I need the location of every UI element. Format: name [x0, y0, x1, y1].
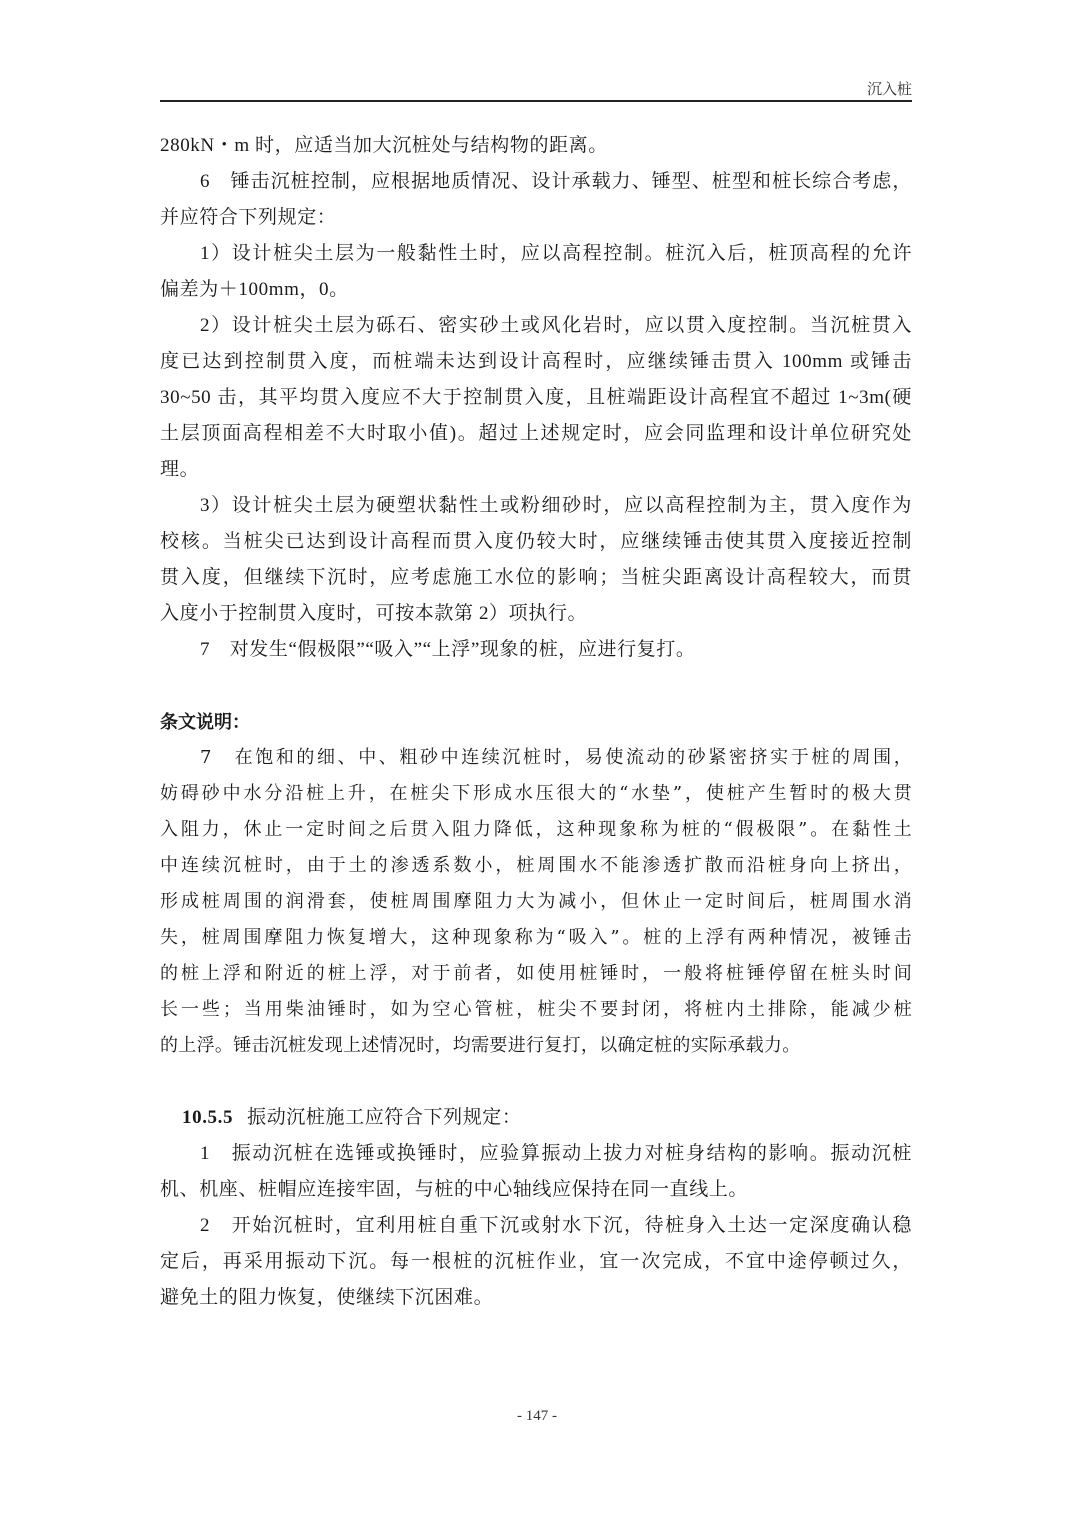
- text-line: 1）设计桩尖土层为一般黏性土时，应以高程控制。桩沉入后，桩顶高程的允许: [160, 236, 912, 272]
- text-line: 形成桩周围的润滑套，使桩周围摩阻力大为减小，但休止一定时间后，桩周围水消: [160, 884, 912, 920]
- text-line: 2 开始沉桩时，宜利用桩自重下沉或射水下沉，待桩身入土达一定深度确认稳: [160, 1208, 912, 1244]
- text-line: 6 锤击沉桩控制，应根据地质情况、设计承载力、锤型、桩型和桩长综合考虑，: [160, 164, 912, 200]
- text-line: 偏差为＋100mm，0。: [160, 272, 912, 308]
- text-line: 的上浮。锤击沉桩发现上述情况时，均需要进行复打，以确定桩的实际承载力。: [160, 1028, 912, 1064]
- page-body: 280kN・m 时，应适当加大沉桩处与结构物的距离。 6 锤击沉桩控制，应根据地…: [160, 128, 912, 1316]
- spacer: [160, 668, 912, 704]
- text-line: 280kN・m 时，应适当加大沉桩处与结构物的距离。: [160, 128, 912, 164]
- running-title: 沉入桩: [867, 78, 912, 99]
- page-number: - 147 -: [0, 1408, 1074, 1425]
- text-line: 30~50 击，其平均贯入度应不大于控制贯入度，且桩端距设计高程宜不超过 1~3…: [160, 380, 912, 416]
- text-line: 妨碍砂中水分沿桩上升，在桩尖下形成水压很大的“水垫”，使桩产生暂时的极大贯: [160, 776, 912, 812]
- clause-heading: 10.5.5振动沉桩施工应符合下列规定：: [160, 1100, 912, 1136]
- text-line: 校核。当桩尖已达到设计高程而贯入度仍较大时，应继续锤击使其贯入度接近控制: [160, 524, 912, 560]
- clause-10-5-5: 10.5.5振动沉桩施工应符合下列规定： 1 振动沉桩在选锤或换锤时，应验算振动…: [160, 1100, 912, 1316]
- text-line: 长一些；当用柴油锤时，如为空心管桩，桩尖不要封闭，将桩内土排除，能减少桩: [160, 992, 912, 1028]
- main-clauses: 280kN・m 时，应适当加大沉桩处与结构物的距离。 6 锤击沉桩控制，应根据地…: [160, 128, 912, 668]
- clause-commentary: 条文说明： 7 在饱和的细、中、粗砂中连续沉桩时，易使流动的砂紧密挤实于桩的周围…: [160, 704, 912, 1064]
- clause-heading-text: 振动沉桩施工应符合下列规定：: [247, 1107, 521, 1128]
- text-line: 定后，再采用振动下沉。每一根桩的沉桩作业，宜一次完成，不宜中途停顿过久，: [160, 1244, 912, 1280]
- text-line: 中连续沉桩时，由于土的渗透系数小，桩周围水不能渗透扩散而沿桩身向上挤出，: [160, 848, 912, 884]
- text-line: 入阻力，休止一定时间之后贯入阻力降低，这种现象称为桩的“假极限”。在黏性土: [160, 812, 912, 848]
- text-line: 2）设计桩尖土层为砾石、密实砂土或风化岩时，应以贯入度控制。当沉桩贯入: [160, 308, 912, 344]
- text-line: 3）设计桩尖土层为硬塑状黏性土或粉细砂时，应以高程控制为主，贯入度作为: [160, 488, 912, 524]
- clause-number: 10.5.5: [182, 1107, 233, 1128]
- page-header: 沉入桩: [160, 70, 912, 102]
- spacer: [160, 1064, 912, 1100]
- text-line: 1 振动沉桩在选锤或换锤时，应验算振动上拔力对桩身结构的影响。振动沉桩: [160, 1136, 912, 1172]
- text-line: 土层顶面高程相差不大时取小值)。超过上述规定时，应会同监理和设计单位研究处: [160, 416, 912, 452]
- text-line: 并应符合下列规定：: [160, 200, 912, 236]
- text-line: 失，桩周围摩阻力恢复增大，这种现象称为“吸入”。桩的上浮有两种情况，被锤击: [160, 920, 912, 956]
- text-line: 度已达到控制贯入度，而桩端未达到设计高程时，应继续锤击贯入 100mm 或锤击: [160, 344, 912, 380]
- text-line: 7 在饱和的细、中、粗砂中连续沉桩时，易使流动的砂紧密挤实于桩的周围，: [160, 740, 912, 776]
- text-line: 机、机座、桩帽应连接牢固，与桩的中心轴线应保持在同一直线上。: [160, 1172, 912, 1208]
- commentary-title: 条文说明：: [160, 704, 912, 740]
- text-line: 理。: [160, 452, 912, 488]
- text-line: 入度小于控制贯入度时，可按本款第 2）项执行。: [160, 596, 912, 632]
- text-line: 7 对发生“假极限”“吸入”“上浮”现象的桩，应进行复打。: [160, 632, 912, 668]
- text-line: 的桩上浮和附近的桩上浮，对于前者，如使用桩锤时，一般将桩锤停留在桩头时间: [160, 956, 912, 992]
- text-line: 避免土的阻力恢复，使继续下沉困难。: [160, 1280, 912, 1316]
- text-line: 贯入度，但继续下沉时，应考虑施工水位的影响；当桩尖距离设计高程较大，而贯: [160, 560, 912, 596]
